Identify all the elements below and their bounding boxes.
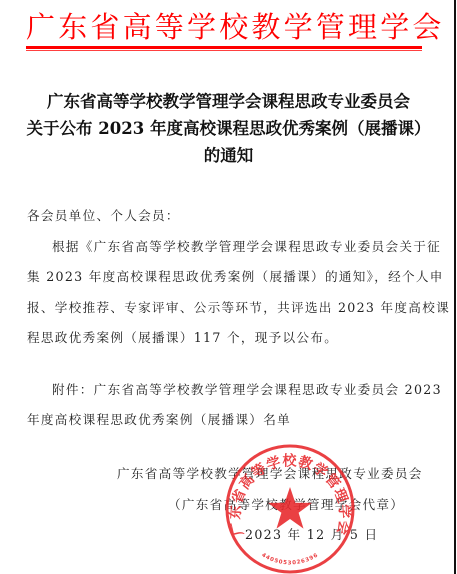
paragraph-line-4: 程思政优秀案例（展播课）117 个，现予以公布。 <box>27 327 407 346</box>
letterhead-rule-thick <box>26 46 422 49</box>
svg-text:4405053026396: 4405053026396 <box>260 552 319 566</box>
paragraph-line-3: 报、学校推荐、专家评审、公示等环节，共评选出 2023 年度高校课 <box>27 297 407 316</box>
document-title-line-1: 广东省高等学校教学管理学会课程思政专业委员会 <box>0 88 457 115</box>
document-title: 广东省高等学校教学管理学会课程思政专业委员会 关于公布 2023 年度高校课程思… <box>0 88 457 169</box>
letterhead: 广东省高等学校教学管理学会 <box>26 9 426 49</box>
seal-star-icon <box>268 487 312 529</box>
letterhead-rule-thin <box>26 50 422 51</box>
official-seal-icon: 广东省高等学校教学管理学会 4405053026396 <box>224 443 356 574</box>
attachment-line-1: 附件：广东省高等学校教学管理学会课程思政专业委员会 2023 <box>52 379 432 398</box>
page-edge-border <box>454 0 456 574</box>
document-title-line-2: 关于公布 2023 年度高校课程思政优秀案例（展播课） <box>0 115 457 142</box>
letterhead-organization-name: 广东省高等学校教学管理学会 <box>26 9 426 45</box>
attachment-line-2: 年度高校课程思政优秀案例（展播课）名单 <box>27 409 407 428</box>
paragraph-line-1: 根据《广东省高等学校教学管理学会课程思政专业委员会关于征 <box>52 236 432 255</box>
seal-serial-number: 4405053026396 <box>260 552 319 566</box>
document-title-line-3: 的通知 <box>0 142 457 169</box>
paragraph-line-2: 集 2023 年度高校课程思政优秀案例（展播课）的通知》，经个人申 <box>27 266 407 285</box>
salutation: 各会员单位、个人会员： <box>27 205 407 224</box>
